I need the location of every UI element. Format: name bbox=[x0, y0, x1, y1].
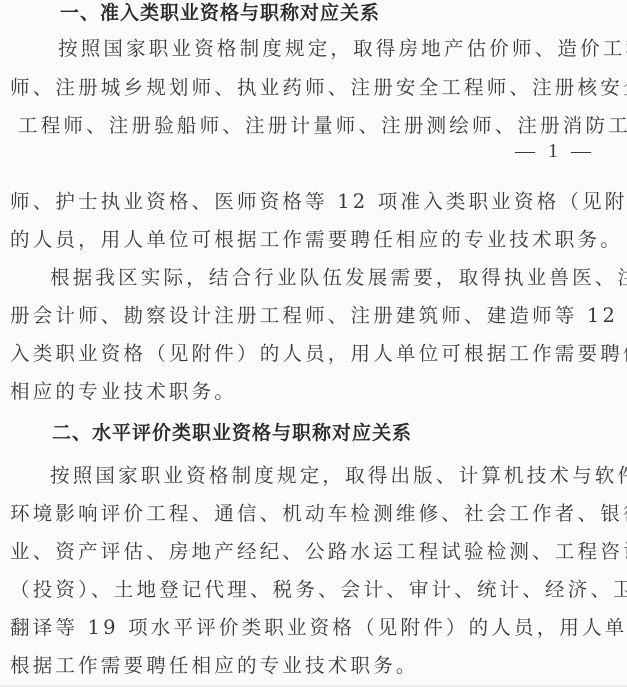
paragraph-line: （投资）、土地登记代理、税务、会计、审计、统计、经济、卫生、 bbox=[10, 574, 620, 602]
paragraph-line: 的人员，用人单位可根据工作需要聘任相应的专业技术职务。 bbox=[10, 224, 620, 252]
page-edge-shadow bbox=[0, 683, 627, 687]
paragraph-line: 册会计师、勘察设计注册工程师、注册建筑师、建造师等 12 项准 bbox=[10, 300, 620, 328]
paragraph-line: 根据我区实际，结合行业队伍发展需要，取得执业兽医、注 bbox=[50, 262, 627, 290]
page-number: — 1 — bbox=[515, 140, 595, 163]
paragraph-line: 按照国家职业资格制度规定，取得房地产估价师、造价工程 bbox=[58, 33, 627, 61]
paragraph-line: 业、资产评估、房地产经纪、公路水运工程试验检测、工程咨询 bbox=[10, 536, 620, 564]
paragraph-line: 根据工作需要聘任相应的专业技术职务。 bbox=[10, 650, 620, 678]
paragraph-line: 环境影响评价工程、通信、机动车检测维修、社会工作者、银行 bbox=[10, 498, 620, 526]
section-1-heading: 一、准入类职业资格与职称对应关系 bbox=[60, 0, 627, 25]
paragraph-line: 入类职业资格（见附件）的人员，用人单位可根据工作需要聘任 bbox=[10, 338, 620, 366]
paragraph-line: 师、护士执业资格、医师资格等 12 项准入类职业资格（见附件） bbox=[10, 186, 620, 214]
paragraph-line: 相应的专业技术职务。 bbox=[10, 376, 620, 404]
document-page: 一、准入类职业资格与职称对应关系 按照国家职业资格制度规定，取得房地产估价师、造… bbox=[0, 0, 627, 687]
section-2-heading: 二、水平评价类职业资格与职称对应关系 bbox=[52, 418, 627, 445]
paragraph-line: 工程师、注册验船师、注册计量师、注册测绘师、注册消防工程 bbox=[18, 110, 627, 138]
paragraph-line: 翻译等 19 项水平评价类职业资格（见附件）的人员，用人单位可 bbox=[10, 612, 620, 640]
paragraph-line: 师、注册城乡规划师、执业药师、注册安全工程师、注册核安全 bbox=[10, 72, 620, 100]
paragraph-line: 按照国家职业资格制度规定，取得出版、计算机技术与软件、 bbox=[50, 460, 627, 488]
